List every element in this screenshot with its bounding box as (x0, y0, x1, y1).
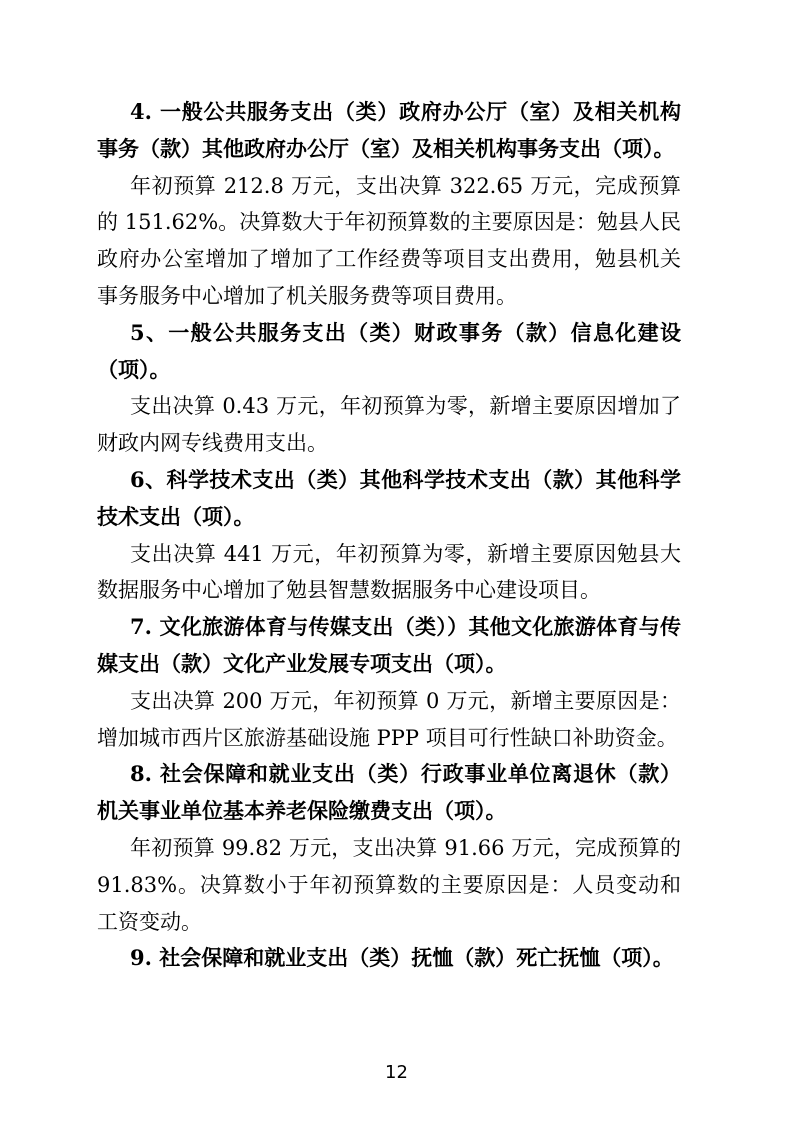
section-4-body: 年初预算 212.8 万元，支出决算 322.65 万元，完成预算的 151.6… (97, 168, 681, 315)
section-5-body: 支出决算 0.43 万元，年初预算为零，新增主要原因增加了财政内网专线费用支出。 (97, 388, 681, 462)
section-6-body: 支出决算 441 万元，年初预算为零，新增主要原因勉县大数据服务中心增加了勉县智… (97, 536, 681, 610)
section-4-heading: 4. 一般公共服务支出（类）政府办公厅（室）及相关机构事务（款）其他政府办公厅（… (97, 94, 681, 168)
section-5-heading: 5、一般公共服务支出（类）财政事务（款）信息化建设（项）。 (97, 315, 681, 389)
document-page: 4. 一般公共服务支出（类）政府办公厅（室）及相关机构事务（款）其他政府办公厅（… (0, 0, 793, 1122)
section-8-heading: 8. 社会保障和就业支出（类）行政事业单位离退休（款）机关事业单位基本养老保险缴… (97, 756, 681, 830)
section-8-body: 年初预算 99.82 万元，支出决算 91.66 万元，完成预算的 91.83%… (97, 830, 681, 940)
section-7-heading: 7. 文化旅游体育与传媒支出（类））其他文化旅游体育与传媒支出（款）文化产业发展… (97, 609, 681, 683)
page-number: 12 (385, 1062, 408, 1083)
section-6-heading: 6、科学技术支出（类）其他科学技术支出（款）其他科学技术支出（项）。 (97, 462, 681, 536)
page-footer: 12 (0, 1062, 793, 1083)
section-7-body: 支出决算 200 万元，年初预算 0 万元，新增主要原因是：增加城市西片区旅游基… (97, 683, 681, 757)
section-9-heading: 9. 社会保障和就业支出（类）抚恤（款）死亡抚恤（项）。 (97, 940, 681, 977)
document-content: 4. 一般公共服务支出（类）政府办公厅（室）及相关机构事务（款）其他政府办公厅（… (97, 94, 681, 977)
